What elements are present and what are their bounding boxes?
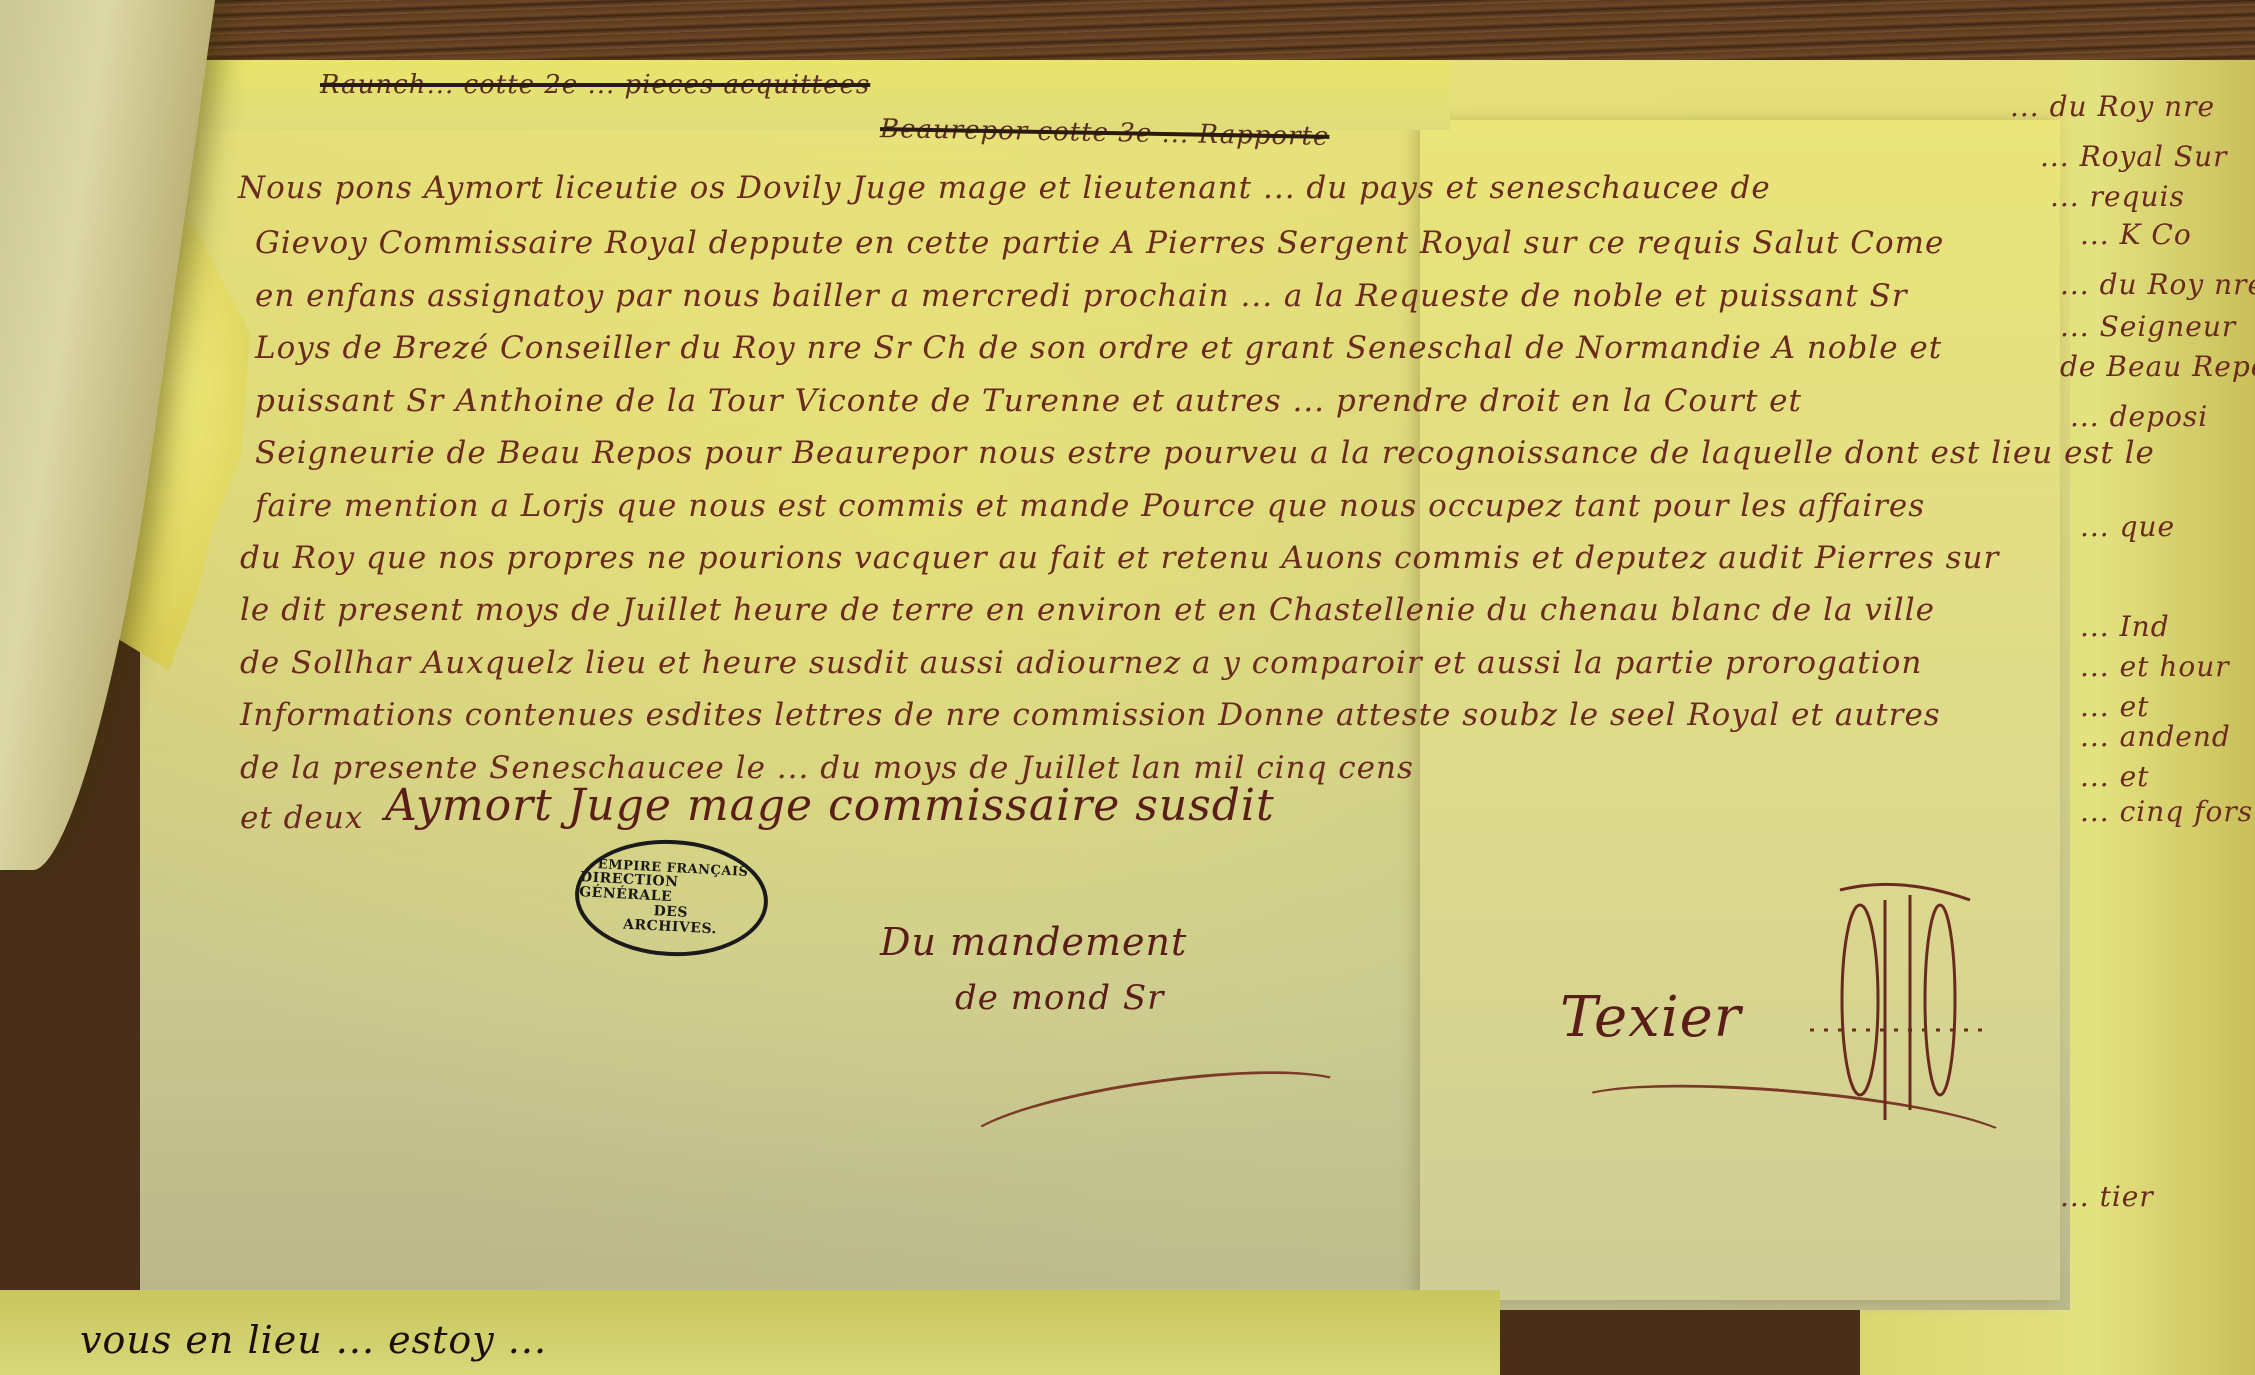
margin-line-14: ... et — [2080, 760, 2149, 793]
body-line-8: du Roy que nos propres ne pourions vacqu… — [240, 540, 1999, 576]
margin-line-1: ... du Roy nre — [2010, 90, 2215, 123]
margin-line-8: ... deposi — [2070, 400, 2208, 433]
body-line-3: en enfans assignatoy par nous bailler a … — [255, 278, 1908, 314]
body-line-4: Loys de Brezé Conseiller du Roy nre Sr C… — [255, 330, 1942, 366]
body-line-11: Informations contenues esdites lettres d… — [240, 697, 1941, 733]
mandate-line-2: de mond Sr — [955, 978, 1164, 1018]
header-annotation-1: Raunch... cotte 2e ... pieces acquittees — [320, 70, 870, 100]
margin-line-13: ... andend — [2080, 720, 2231, 753]
margin-line-2: ... Royal Sur — [2040, 140, 2228, 173]
body-line-10: de Sollhar Auxquelz lieu et heure susdit… — [240, 645, 1922, 681]
margin-line-4: ... K Co — [2080, 218, 2192, 251]
body-line-6: Seigneurie de Beau Repos pour Beaurepor … — [255, 435, 2155, 471]
stamp-line-4: ARCHIVES. — [623, 917, 718, 937]
body-line-1: Nous pons Aymort liceutie os Dovily Juge… — [238, 170, 1771, 206]
body-line-2: Gievoy Commissaire Royal deppute en cett… — [255, 225, 1944, 261]
margin-line-5: ... du Roy nre — [2060, 268, 2255, 301]
margin-line-12: ... et — [2080, 690, 2149, 723]
body-line-7: faire mention a Lorjs que nous est commi… — [255, 488, 1925, 524]
signature-judge: Aymort Juge mage commissaire susdit — [385, 780, 1275, 831]
margin-line-15: ... cinq fors — [2080, 795, 2253, 828]
margin-line-6: ... Seigneur — [2060, 310, 2236, 343]
body-line-9: le dit present moys de Juillet heure de … — [240, 592, 1935, 628]
signature-texier: Texier — [1560, 985, 1742, 1050]
body-line-13: et deux — [240, 800, 363, 836]
margin-line-11: ... et hour — [2080, 650, 2230, 683]
margin-line-9: ... que — [2080, 510, 2175, 543]
margin-line-16: ... tier — [2060, 1180, 2154, 1213]
mandate-line-1: Du mandement — [880, 920, 1187, 964]
bottom-sheet-text: vous en lieu ... estoy ... — [80, 1318, 547, 1362]
margin-line-3: ... requis — [2050, 180, 2185, 213]
body-line-5: puissant Sr Anthoine de la Tour Viconte … — [255, 383, 1802, 419]
margin-line-10: ... Ind — [2080, 610, 2170, 643]
monogram-paraph-icon — [1800, 880, 2000, 1130]
margin-line-7: de Beau Repos — [2060, 350, 2255, 383]
